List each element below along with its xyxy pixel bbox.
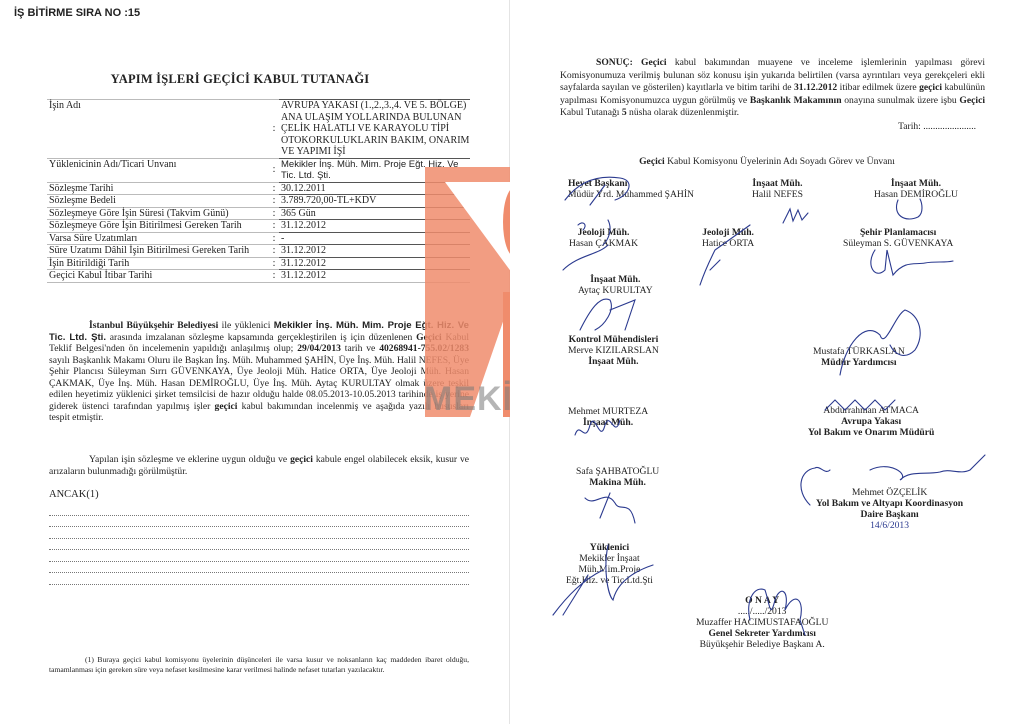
row-value: 365 Gün — [279, 207, 470, 220]
signatory-heyet-baskani: Heyet Başkanı Müdür Yrd. Muhammed ŞAHİN — [568, 178, 694, 200]
row-value: Mekikler İnş. Müh. Mim. Proje Eğt. Hiz. … — [279, 158, 470, 182]
info-table-row: Sözleşmeye Göre İşin Süresi (Takvim Günü… — [47, 207, 470, 220]
footnote: (1) Buraya geçici kabul komisyonu üyeler… — [49, 655, 469, 675]
info-table-row: Geçici Kabul İtibar Tarihi:31.12.2012 — [47, 270, 470, 283]
date-field: Tarih: ...................... — [898, 121, 976, 132]
dotted-line — [49, 550, 469, 562]
row-value: 3.789.720,00-TL+KDV — [279, 195, 470, 208]
signatory-abdurrahman-atmaca: Abdurrahman ATMACA Avrupa Yakası Yol Bak… — [808, 405, 934, 438]
right-page: SONUÇ: Geçici kabul bakımından muayene v… — [510, 0, 1024, 724]
signatory-mustafa-turkaslan: Mustafa TÜRKASLAN Müdür Yardımcısı — [813, 346, 905, 368]
row-value: 31.12.2012 — [279, 220, 470, 233]
row-colon: : — [269, 232, 279, 245]
signature-guvenkaya-icon — [865, 245, 955, 285]
row-label: Varsa Süre Uzatımları — [47, 232, 269, 245]
row-value: 30.12.2011 — [279, 182, 470, 195]
signatory-mehmet-murteza: Mehmet MURTEZA İnşaat Müh. — [568, 406, 648, 428]
signatory-hasan-demiroglu: İnşaat Müh. Hasan DEMİROĞLU — [874, 178, 958, 200]
ancak-heading: ANCAK(1) — [49, 489, 99, 500]
approval-date: 29/04/2013 — [297, 343, 341, 354]
signature-kurultay-icon — [575, 290, 645, 335]
row-colon: : — [269, 195, 279, 208]
signatory-safa-sahbatoglu: Safa ŞAHBATOĞLU Makina Müh. — [576, 466, 659, 488]
info-table-row: İşin Adı:AVRUPA YAKASI (1.,2.,3.,4. VE 5… — [47, 100, 470, 159]
row-label: Süre Uzatımı Dâhil İşin Bitirilmesi Gere… — [47, 245, 269, 258]
signatory-suleyman-guvenkaya: Şehir Planlamacısı Süleyman S. GÜVENKAYA — [843, 227, 953, 249]
info-table-row: İşin Bitirildiği Tarih:31.12.2012 — [47, 257, 470, 270]
inspection-paragraph: İstanbul Büyükşehir Belediyesi ile yükle… — [49, 320, 469, 424]
row-value: 31.12.2012 — [279, 245, 470, 258]
signatory-kontrol-muhendisleri: Kontrol Mühendisleri Merve KIZILARSLAN İ… — [568, 334, 659, 367]
ancak-dotted-lines — [49, 504, 469, 585]
info-table-row: Sözleşmeye Göre İşin Bitirilmesi Gereken… — [47, 220, 470, 233]
signature-turkaslan-icon — [835, 305, 935, 380]
row-colon: : — [269, 220, 279, 233]
row-label: Geçici Kabul İtibar Tarihi — [47, 270, 269, 283]
dotted-line — [49, 573, 469, 585]
signatory-hatice-orta: Jeoloji Müh. Hatice ORTA — [702, 227, 754, 249]
row-colon: : — [269, 182, 279, 195]
signatory-yuklenici: Yüklenici Mekikler İnşaat Müh.Mim.Proje … — [566, 542, 653, 586]
row-colon: : — [269, 245, 279, 258]
info-table-row: Süre Uzatımı Dâhil İşin Bitirilmesi Gere… — [47, 245, 470, 258]
signature-nefes-icon — [778, 205, 818, 225]
row-colon: : — [269, 100, 279, 159]
signatory-mehmet-ozcelik: Mehmet ÖZÇELİK Yol Bakım ve Altyapı Koor… — [816, 487, 963, 531]
dotted-line — [49, 516, 469, 528]
findings-paragraph: Yapılan işin sözleşme ve eklerine uygun … — [49, 454, 469, 477]
approval-reference: 40268941-755.02/1283 — [379, 343, 469, 354]
contract-info-table: İşin Adı:AVRUPA YAKASI (1.,2.,3.,4. VE 5… — [47, 99, 470, 283]
row-label: İşin Bitirildiği Tarih — [47, 257, 269, 270]
left-page: İŞ BİTİRME SIRA NO :15 YAPIM İŞLERİ GEÇİ… — [0, 0, 510, 724]
row-colon: : — [269, 270, 279, 283]
row-label: Sözleşmeye Göre İşin Bitirilmesi Gereken… — [47, 220, 269, 233]
dotted-line — [49, 504, 469, 516]
row-label: Sözleşmeye Göre İşin Süresi (Takvim Günü… — [47, 207, 269, 220]
row-value: - — [279, 232, 470, 245]
row-label: Sözleşme Tarihi — [47, 182, 269, 195]
dotted-line — [49, 562, 469, 574]
commission-title: Geçici Kabul Komisyonu Üyelerinin Adı So… — [510, 156, 1024, 167]
row-label: İşin Adı — [47, 100, 269, 159]
row-colon: : — [269, 257, 279, 270]
dotted-line — [49, 539, 469, 551]
info-table-row: Sözleşme Tarihi:30.12.2011 — [47, 182, 470, 195]
row-value: 31.12.2012 — [279, 257, 470, 270]
conclusion-paragraph: SONUÇ: Geçici kabul bakımından muayene v… — [560, 57, 985, 120]
approval-onay: O N A Y ...../...../2013 Muzaffer HACIMU… — [696, 595, 828, 650]
document-title: YAPIM İŞLERİ GEÇİCİ KABUL TUTANAĞI — [0, 72, 480, 87]
info-table-row: Sözleşme Bedeli:3.789.720,00-TL+KDV — [47, 195, 470, 208]
row-label: Sözleşme Bedeli — [47, 195, 269, 208]
info-table-row: Yüklenicinin Adı/Ticari Unvanı:Mekikler … — [47, 158, 470, 182]
dotted-line — [49, 527, 469, 539]
signatory-halil-nefes: İnşaat Müh. Halil NEFES — [752, 178, 803, 200]
row-value: AVRUPA YAKASI (1.,2.,3.,4. VE 5. BÖLGE) … — [279, 100, 470, 159]
signatory-hasan-cakmak: Jeoloji Müh. Hasan ÇAKMAK — [569, 227, 638, 249]
row-colon: : — [269, 207, 279, 220]
row-value: 31.12.2012 — [279, 270, 470, 283]
signatory-aytac-kurultay: İnşaat Müh. Aytaç KURULTAY — [578, 274, 653, 296]
sequence-number: İŞ BİTİRME SIRA NO :15 — [14, 7, 140, 19]
info-table-row: Varsa Süre Uzatımları:- — [47, 232, 470, 245]
row-colon: : — [269, 158, 279, 182]
row-label: Yüklenicinin Adı/Ticari Unvanı — [47, 158, 269, 182]
employer-name: İstanbul Büyükşehir Belediyesi — [89, 320, 218, 331]
